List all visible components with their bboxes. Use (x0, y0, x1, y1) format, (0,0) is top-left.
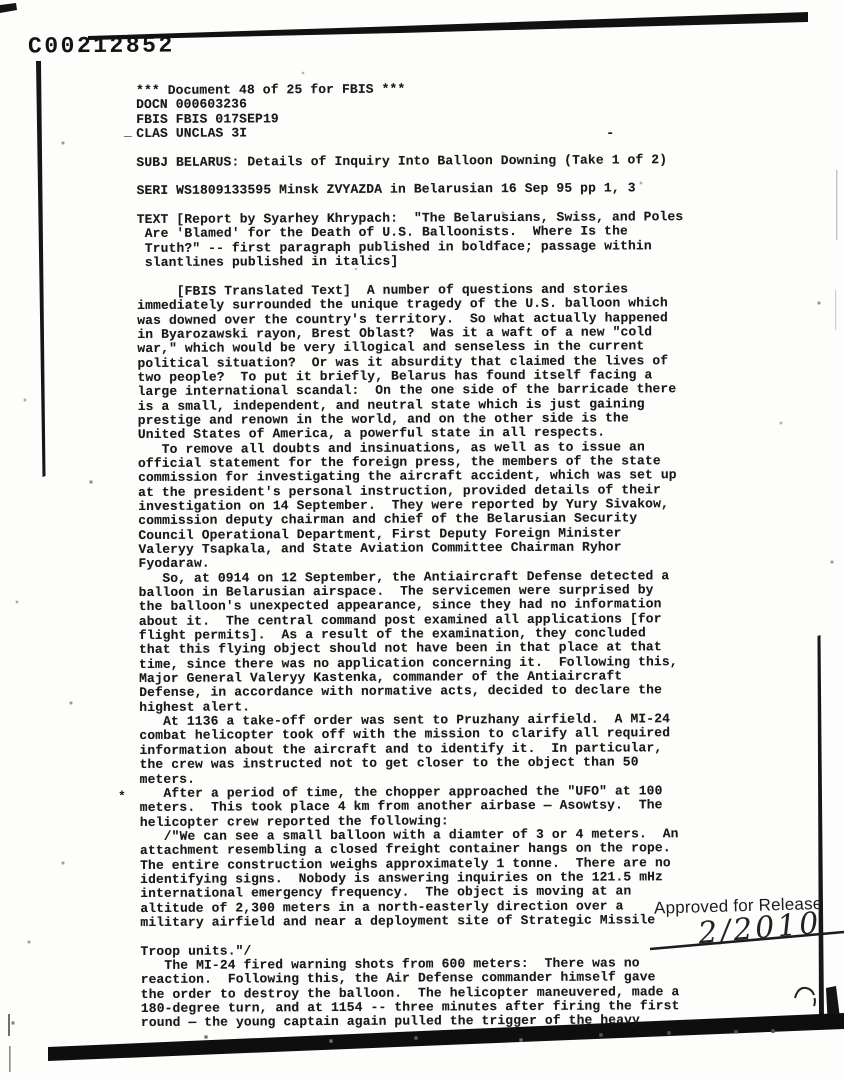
scanned-document-page: C00212852 *** Document 48 of 25 for FBIS… (0, 0, 844, 1080)
scan-top-edge-line (88, 12, 808, 40)
scan-right-edge-dash (835, 290, 836, 330)
scan-left-bottom-dash (9, 1046, 11, 1072)
handwritten-hook-mark (795, 988, 815, 1006)
scan-left-bottom-dash (8, 1014, 10, 1036)
scan-right-corner-nub (826, 986, 841, 1028)
scan-left-margin-line (36, 61, 46, 477)
scan-speckles (0, 0, 2, 2)
scan-corner-mark (0, 3, 17, 13)
document-body-text: *** Document 48 of 25 for FBIS *** DOCN … (136, 81, 688, 1031)
stray-underscore-mark: _ (124, 124, 132, 139)
margin-asterisk-annotation: * (118, 789, 126, 804)
approved-for-release-stamp: Approved for Release 2/2010 (654, 896, 844, 916)
scan-right-margin-line (818, 635, 825, 1016)
scan-right-edge-dash (836, 170, 837, 240)
document-control-number: C00212852 (28, 32, 175, 59)
stray-dash-mark: - (606, 126, 614, 142)
